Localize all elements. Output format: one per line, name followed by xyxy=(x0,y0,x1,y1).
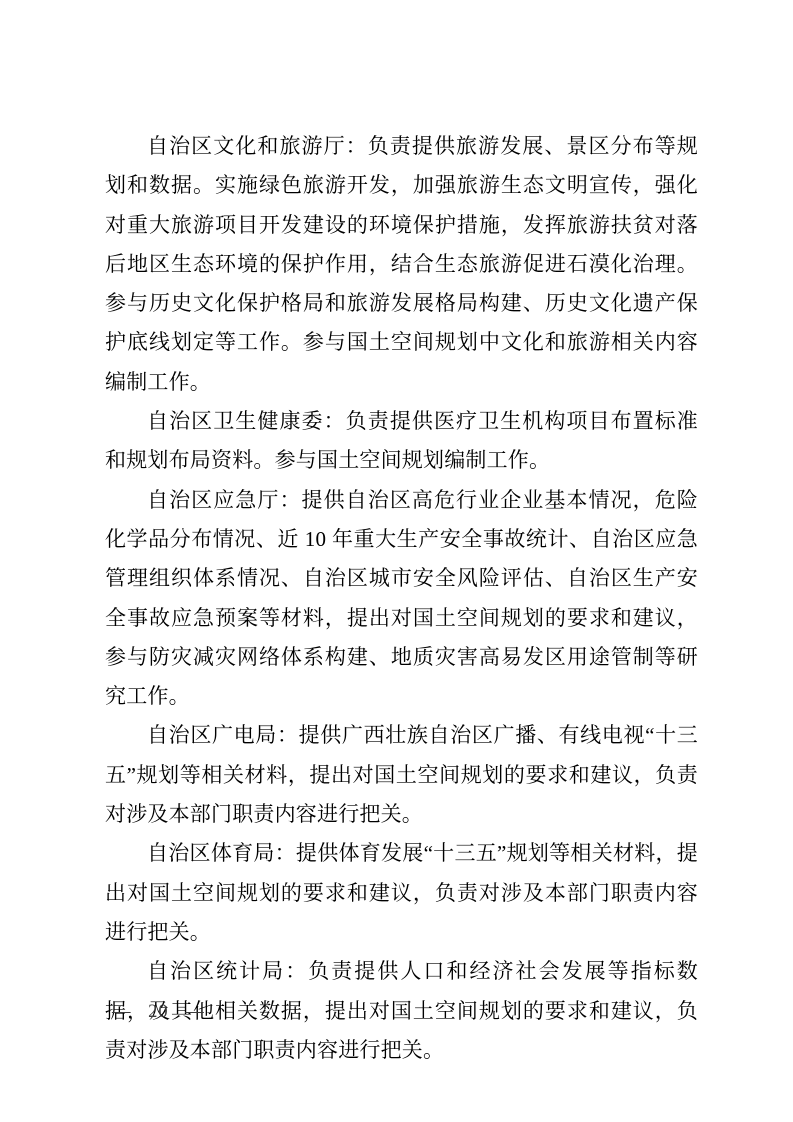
paragraph-broadcast-tv-bureau: 自治区广电局：提供广西壮族自治区广播、有线电视“十三五”规划等相关材料，提出对国… xyxy=(105,716,698,834)
document-page: 自治区文化和旅游厅：负责提供旅游发展、景区分布等规划和数据。实施绿色旅游开发，加… xyxy=(0,0,793,1122)
paragraph-emergency-dept: 自治区应急厅：提供自治区高危行业企业基本情况，危险化学品分布情况、近 10 年重… xyxy=(105,481,698,717)
paragraph-culture-tourism-dept: 自治区文化和旅游厅：负责提供旅游发展、景区分布等规划和数据。实施绿色旅游开发，加… xyxy=(105,127,698,402)
page-number: — 20 — xyxy=(112,1000,205,1024)
document-body: 自治区文化和旅游厅：负责提供旅游发展、景区分布等规划和数据。实施绿色旅游开发，加… xyxy=(105,127,698,1070)
paragraph-sports-bureau: 自治区体育局：提供体育发展“十三五”规划等相关材料，提出对国土空间规划的要求和建… xyxy=(105,834,698,952)
paragraph-health-commission: 自治区卫生健康委：负责提供医疗卫生机构项目布置标准和规划布局资料。参与国土空间规… xyxy=(105,402,698,481)
